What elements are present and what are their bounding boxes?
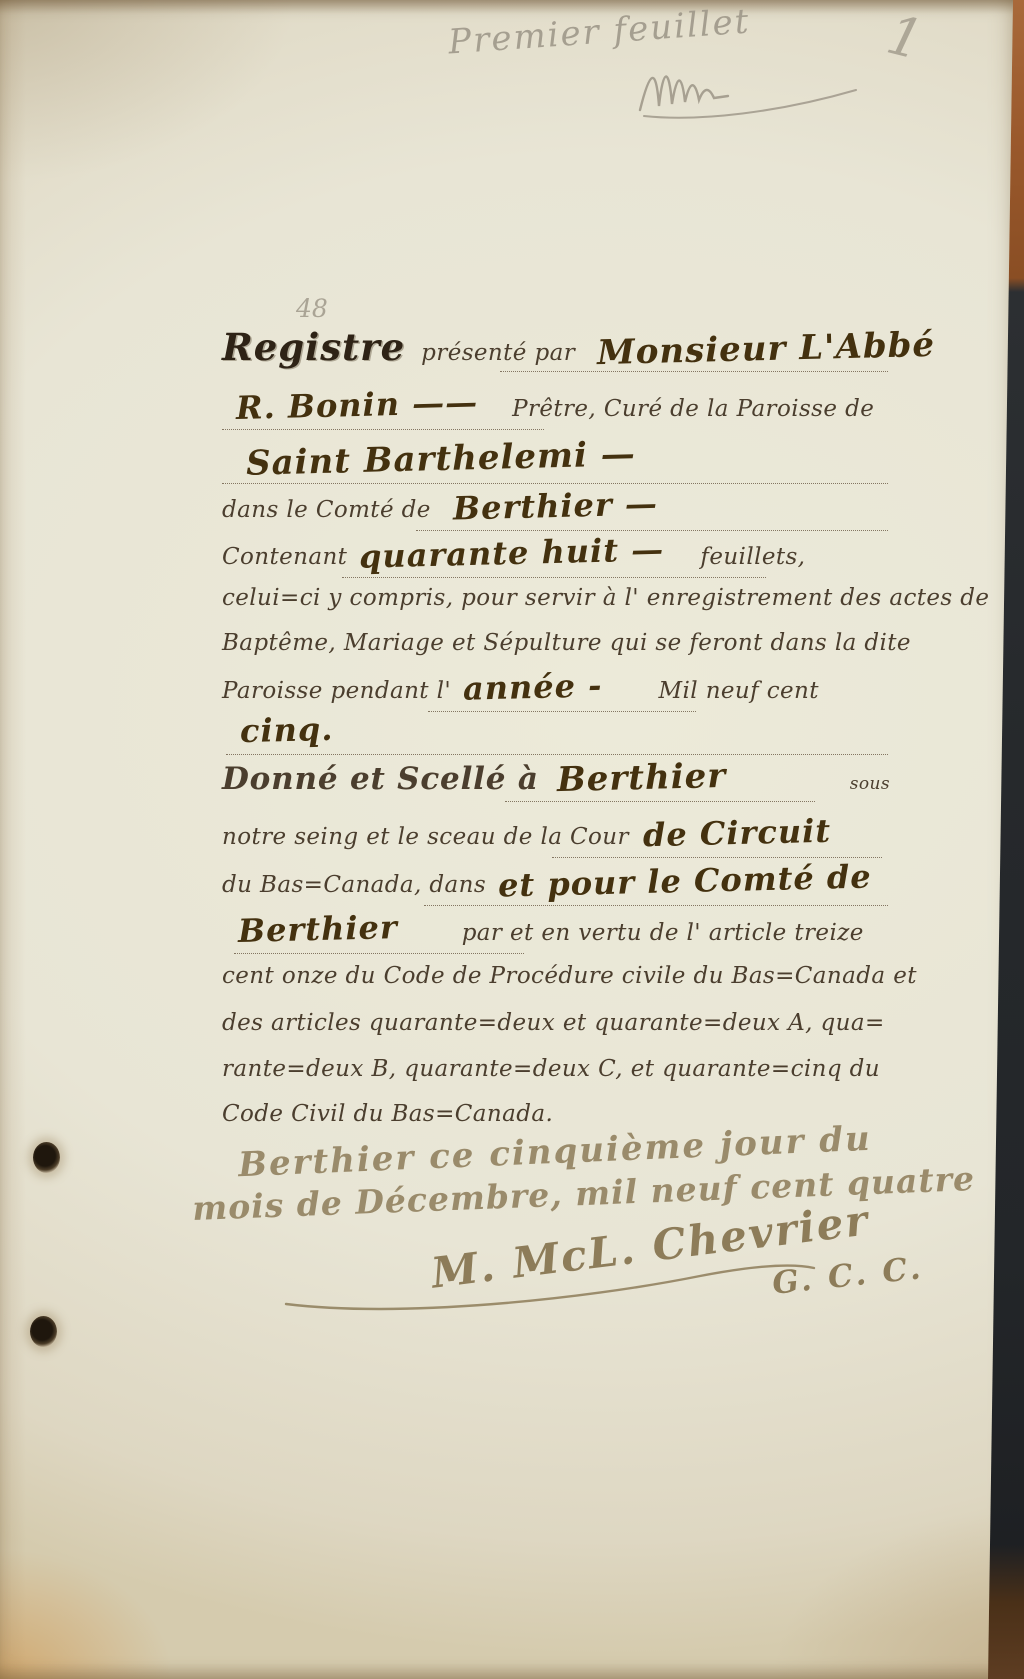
form-rule xyxy=(428,710,696,712)
handwritten-entry: cinq. xyxy=(239,704,334,756)
form-rule xyxy=(226,753,888,755)
printed-text: Donné et Scellé à xyxy=(222,751,539,807)
printed-text: cent onze du Code de Procédure civile du… xyxy=(222,951,917,1001)
form-rule xyxy=(505,800,815,802)
form-line: Registre présenté par Monsieur L'Abbé xyxy=(222,322,890,372)
form-rule xyxy=(234,952,524,954)
scanned-register-page: Premier feuillet 1 48 Registre présenté … xyxy=(0,0,1024,1679)
punch-hole xyxy=(33,1142,60,1173)
printed-text: Prêtre, Curé de la Paroisse de xyxy=(512,384,874,434)
form-rule xyxy=(552,856,882,858)
handwritten-entry: Berthier xyxy=(237,902,398,956)
form-rule xyxy=(222,482,888,484)
folio-count-note: 48 xyxy=(296,294,328,323)
printed-text: notre seing et le sceau de la Cour xyxy=(222,812,629,862)
form-line: cent onze du Code de Procédure civile du… xyxy=(222,951,890,1001)
printed-text: Code Civil du Bas=Canada. xyxy=(222,1089,553,1139)
printed-text: celui=ci y compris, pour servir à l' enr… xyxy=(222,573,989,623)
paper-sheet: Premier feuillet 1 48 Registre présenté … xyxy=(0,0,1024,1679)
form-rule xyxy=(416,529,888,531)
header-note: Premier feuillet xyxy=(447,1,752,62)
printed-text: rante=deux B, quarante=deux C, et quaran… xyxy=(222,1044,880,1094)
registre-title: Registre xyxy=(222,322,405,372)
form-line: Berthier par et en vertu de l' article t… xyxy=(222,904,890,954)
form-line: rante=deux B, quarante=deux C, et quaran… xyxy=(222,1044,890,1094)
form-rule xyxy=(500,370,888,372)
handwritten-entry: et pour le Comté de xyxy=(498,851,873,910)
form-line: du Bas=Canada, dans et pour le Comté de xyxy=(222,856,890,906)
form-line: celui=ci y compris, pour servir à l' enr… xyxy=(222,573,890,623)
printed-text: sous xyxy=(850,756,890,812)
printed-text: des articles quarante=deux et quarante=d… xyxy=(222,998,885,1048)
form-line: notre seing et le sceau de la Cour de Ci… xyxy=(222,808,890,858)
form-line: cinq. xyxy=(222,705,890,755)
form-line: des articles quarante=deux et quarante=d… xyxy=(222,998,890,1048)
handwritten-entry: R. Bonin —— xyxy=(235,377,478,433)
form-line: dans le Comté de Berthier — xyxy=(222,481,890,531)
form-rule xyxy=(222,428,544,430)
form-line: Donné et Scellé à Berthier sous xyxy=(222,750,890,806)
form-rule xyxy=(342,576,766,578)
page-number: 1 xyxy=(881,3,930,72)
form-rule xyxy=(424,904,888,906)
form-line: R. Bonin —— Prêtre, Curé de la Paroisse … xyxy=(222,380,890,430)
signature-flourish-icon xyxy=(280,1258,820,1318)
form-line: Saint Barthelemi — xyxy=(222,434,890,484)
form-line: Contenant quarante huit — feuillets, xyxy=(222,528,890,578)
paraph-mark-icon xyxy=(630,56,870,128)
punch-hole xyxy=(30,1316,57,1347)
